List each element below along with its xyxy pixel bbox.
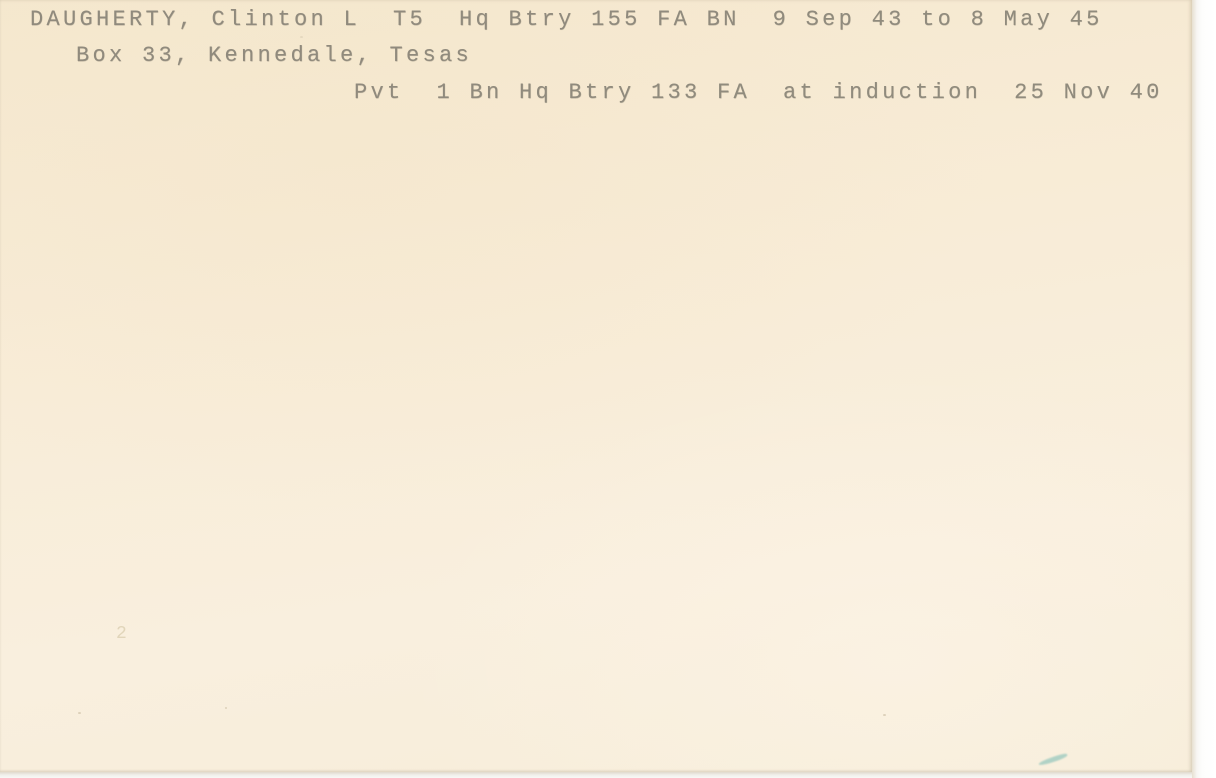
- faint-pencil-mark: 2: [116, 624, 127, 644]
- scanned-card-page: DAUGHERTY, Clinton L T5 Hq Btry 155 FA B…: [0, 0, 1216, 778]
- paper-speck: [300, 36, 303, 38]
- teal-pencil-smudge: [1038, 752, 1068, 766]
- paper-speck: [883, 714, 886, 716]
- scan-edge-bottom: [0, 772, 1192, 778]
- scan-margin-right: [1192, 0, 1216, 778]
- card-line-name-service: DAUGHERTY, Clinton L T5 Hq Btry 155 FA B…: [30, 5, 1103, 35]
- paper-speck: [225, 707, 227, 709]
- index-card: DAUGHERTY, Clinton L T5 Hq Btry 155 FA B…: [0, 0, 1192, 772]
- card-line-induction: Pvt 1 Bn Hq Btry 133 FA at induction 25 …: [354, 78, 1163, 108]
- card-line-address: Box 33, Kennedale, Tesas: [76, 41, 472, 71]
- paper-speck: [78, 712, 81, 714]
